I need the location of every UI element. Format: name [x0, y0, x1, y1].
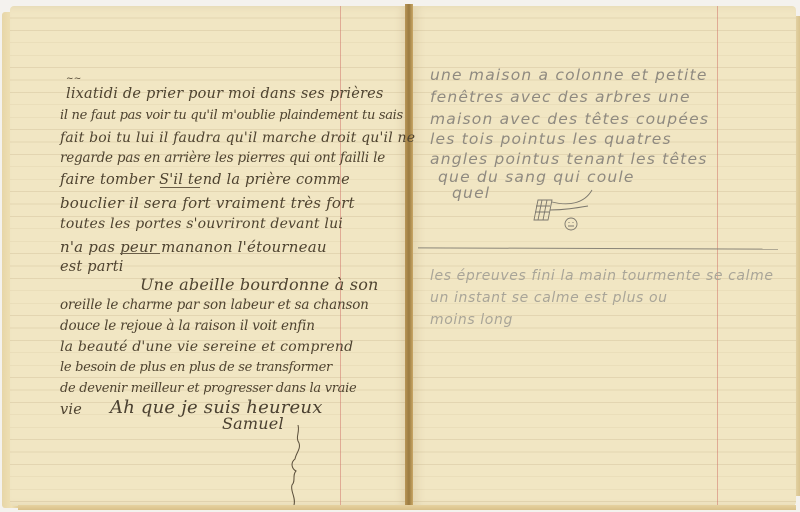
margin-line: [717, 6, 718, 506]
text-line: de devenir meilleur et progresser dans l…: [60, 381, 356, 396]
text-line: bouclier il sera fort vraiment très fort: [60, 194, 355, 212]
text-line: le besoin de plus en plus de se transfor…: [60, 360, 332, 375]
notebook-spread: ~~ lixatidi de prier pour moi dans ses p…: [0, 0, 800, 512]
profile-sketch-icon: [282, 425, 312, 505]
text-line: oreille le charme par son labeur et sa c…: [60, 297, 369, 313]
text-line: douce le rejoue à la raison il voit enfi…: [60, 318, 315, 334]
text-line: fait boi tu lui il faudra qu'il marche d…: [60, 130, 415, 146]
binding-gutter: [405, 4, 413, 508]
pencil-line: quel: [452, 184, 490, 202]
faint-line: un instant se calme est plus ou: [430, 290, 668, 306]
text-line: lixatidi de prier pour moi dans ses priè…: [66, 86, 384, 102]
faint-line: moins long: [430, 312, 513, 328]
signature: Samuel: [222, 414, 284, 433]
margin-line: [340, 6, 341, 506]
text-line: est parti: [60, 259, 124, 275]
text-line: toutes les portes s'ouvriront devant lui: [60, 216, 343, 232]
text-line: regarde pas en arrière les pierres qui o…: [60, 150, 385, 166]
text-line: il ne faut pas voir tu qu'il m'oublie pl…: [60, 108, 403, 123]
pencil-line: angles pointus tenant les têtes: [430, 150, 707, 168]
bottom-page-edge: [18, 505, 796, 510]
text-line: vie: [60, 402, 82, 418]
text-line: Une abeille bourdonne à son: [140, 275, 379, 294]
mark: ~~: [66, 74, 81, 84]
pencil-line: fenêtres avec des arbres une: [430, 88, 691, 106]
pen-stroke: [120, 253, 160, 254]
text-line: la beauté d'une vie sereine et comprend: [60, 339, 353, 355]
pencil-line: une maison a colonne et petite: [430, 66, 708, 84]
faint-line: les épreuves fini la main tourmente se c…: [430, 268, 774, 284]
pencil-line: maison avec des têtes coupées: [430, 110, 709, 128]
pen-stroke: [160, 187, 200, 188]
text-line: n'a pas peur mananon l'étourneau: [60, 238, 327, 256]
closing-line: Ah que je suis heureux: [110, 397, 323, 418]
pencil-line: les tois pointus les quatres: [430, 130, 672, 148]
text-line: faire tomber S'il tend la prière comme: [60, 172, 350, 188]
pencil-sketch-icon: [528, 186, 608, 236]
